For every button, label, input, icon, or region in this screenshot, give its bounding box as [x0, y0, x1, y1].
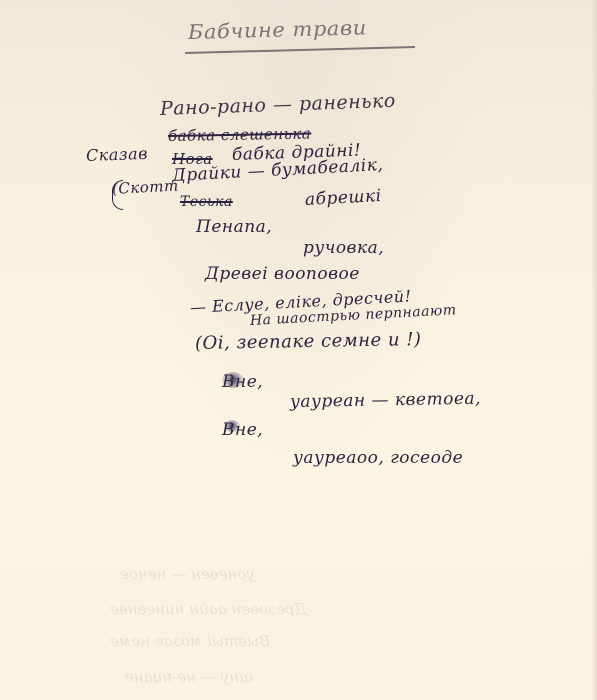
line-11: Вне,: [222, 372, 263, 392]
title-underline: [185, 46, 415, 54]
manuscript-title: Бабчине трави: [188, 15, 367, 44]
bleed-through-text: Вывтыі мозае неме: [110, 632, 270, 650]
struck-line-2: бабка слешенька: [168, 125, 312, 145]
line-6: Пенапа,: [196, 217, 272, 237]
line-5: абрешкі: [304, 186, 382, 210]
line-14: уауреаоо, госеоде: [293, 448, 463, 468]
bleed-through-text: Дрезовен аайн ниневнве: [110, 600, 307, 618]
struck-word-teska: Теська: [180, 194, 233, 210]
margin-note-skott: (Скотт: [112, 177, 180, 198]
manuscript-page: Бабчине трави Рано-рано — раненько бабка…: [0, 0, 597, 700]
line-13: Вне,: [222, 420, 263, 440]
line-8: Древеі вооповое: [205, 264, 360, 284]
paper-edge: [591, 0, 597, 700]
bleed-through-text: уоневен — неное: [120, 565, 255, 583]
margin-note-skazav: Сказав: [86, 144, 149, 165]
bleed-through-text: шну — не-ниане: [125, 668, 253, 686]
line-10: (Оі, зеепаке семне и !): [195, 329, 422, 354]
line-12: уауреан — кветоеа,: [290, 389, 481, 412]
line-7: ручовка,: [303, 238, 384, 258]
line-1: Рано-рано — раненько: [160, 90, 397, 120]
